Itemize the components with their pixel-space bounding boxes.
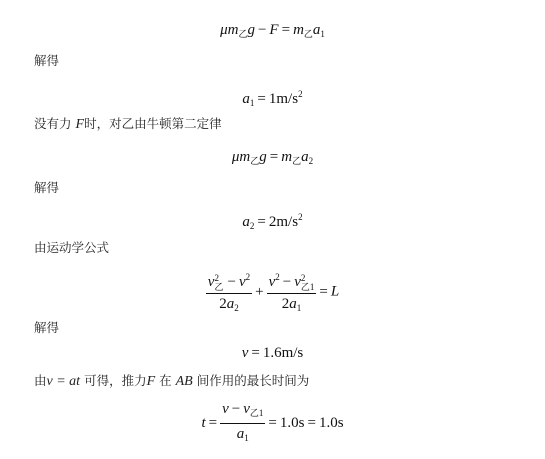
text: 时，对乙由牛顿第二定律 [84, 116, 222, 131]
equation-v-value: v=1.6m/s [0, 344, 545, 362]
var-F: F [147, 374, 156, 389]
paragraph-max-time: 由v = at 可得，推力F 在 AB 间作用的最长时间为 [34, 373, 309, 390]
paragraph-solve-2: 解得 [34, 180, 59, 196]
equation-friction-force: μm乙g−F=m乙a1 [0, 21, 545, 43]
text: 由 [34, 373, 47, 388]
paragraph-solve-3: 解得 [34, 320, 59, 336]
equation-a2-value: a2=2m/s2 [0, 208, 545, 235]
equation-max-time: t=v−v乙1a1=1.0s=1.0s [0, 400, 545, 447]
result-value: 1.0s [319, 415, 344, 431]
var-F: F [76, 117, 85, 132]
segment-AB: AB [176, 374, 193, 389]
text: 可得，推力 [84, 373, 147, 388]
equation-newton-second-law: μm乙g=m乙a2 [0, 148, 545, 170]
text: 间作用的最长时间为 [197, 373, 310, 388]
formula-v-at: v = at [47, 374, 81, 389]
paragraph-kinematics: 由运动学公式 [34, 240, 109, 256]
equation-a1-value: a1=1m/s2 [0, 85, 545, 112]
text: 没有力 [34, 116, 72, 131]
paragraph-no-force: 没有力 F时，对乙由牛顿第二定律 [34, 116, 222, 133]
equation-kinematics-distance: v2乙−v22a2+v2−v2乙12a1=L [0, 268, 545, 317]
paragraph-solve-1: 解得 [34, 53, 59, 69]
text: 在 [159, 373, 172, 388]
result-value: 1.0s [280, 415, 305, 431]
